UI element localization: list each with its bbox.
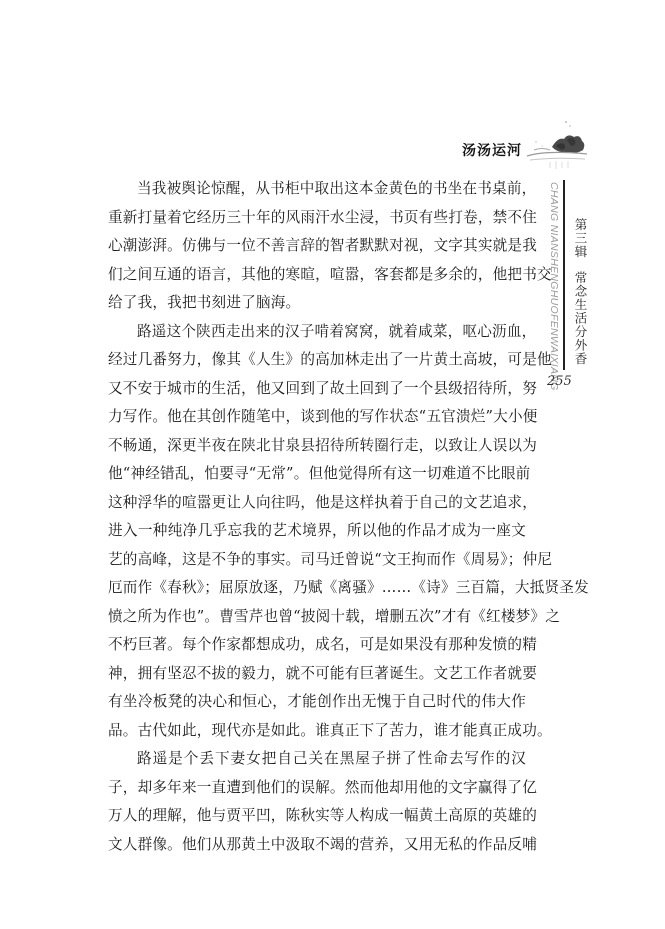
text-line: 重新打量着它经历三十年的风雨汗水尘浸，书页有些打卷，禁不住 (108, 204, 526, 233)
text-line: 们之间互通的语言，其他的寒暄，喧嚣，客套都是多余的，他把书交 (108, 261, 526, 290)
page-number: 255 (547, 374, 572, 389)
text-line: 路遥是个丢下妻女把自己关在黑屋子拼了性命去写作的汉 (108, 745, 526, 774)
text-line: 进入一种纯净几乎忘我的艺术境界，所以他的作品才成为一座文 (108, 517, 526, 546)
text-line: 品。古代如此，现代亦是如此。谁真正下了苦力，谁才能真正成功。 (108, 717, 526, 746)
section-pinyin-label: CHANG NIANSHENGHUOFENWAIXIANG (546, 182, 560, 372)
text-line: 这种浮华的喧嚣更让人向往吗，他是这样执着于自己的文艺追求， (108, 489, 526, 518)
text-line: 厄而作《春秋》；屈原放逐，乃赋《离骚》……《诗》三百篇，大抵贤圣发 (108, 574, 526, 603)
text-line: 力写作。他在其创作随笔中，谈到他的写作状态“五官溃烂”大小便 (108, 403, 526, 432)
text-line: 子，却多年来一直遭到他们的误解。然而他却用他的文字赢得了亿 (108, 774, 526, 803)
text-line: 有坐冷板凳的决心和恒心，才能创作出无愧于自己时代的伟大作 (108, 688, 526, 717)
text-line: 文人群像。他们从那黄土中汲取不竭的营养，又用无私的作品反哺 (108, 831, 526, 860)
chapter-heading: 第三辑常念生活分外香 (571, 218, 589, 365)
text-line: 当我被舆论惊醒，从书柜中取出这本金黄色的书坐在书桌前， (108, 175, 526, 204)
running-header-title: 汤汤运河 (462, 140, 522, 160)
text-line: 万人的理解，他与贾平凹，陈秋实等人构成一幅黄土高原的英雄的 (108, 802, 526, 831)
chapter-label: 第三辑 (571, 218, 589, 259)
side-divider-rule (563, 180, 565, 370)
article-body: 当我被舆论惊醒，从书柜中取出这本金黄色的书坐在书桌前， 重新打量着它经历三十年的… (108, 175, 526, 859)
text-line: 神，拥有坚忍不拔的毅力，就不可能有巨著诞生。文艺工作者就要 (108, 660, 526, 689)
text-line: 路遥这个陕西走出来的汉子啃着窝窝，就着咸菜，呕心沥血， (108, 318, 526, 347)
text-line: 经过几番努力，像其《人生》的高加林走出了一片黄土高坡，可是他 (108, 346, 526, 375)
text-line: 给了我，我把书刻进了脑海。 (108, 289, 526, 318)
ink-landscape-icon (522, 112, 592, 172)
text-line: 心潮澎湃。仿佛与一位不善言辞的智者默默对视，文字其实就是我 (108, 232, 526, 261)
text-line: 他“神经错乱，怕要寻“无常”。但他觉得所有这一切难道不比眼前 (108, 460, 526, 489)
text-line: 又不安于城市的生活，他又回到了故土回到了一个县级招待所，努 (108, 375, 526, 404)
text-line: 艺的高峰，这是不争的事实。司马迁曾说“文王拘而作《周易》；仲尼 (108, 546, 526, 575)
text-line: 不畅通，深更半夜在陕北甘泉县招待所转圈行走，以致让人误以为 (108, 432, 526, 461)
chapter-title: 常念生活分外香 (571, 271, 589, 366)
text-line: 愤之所为作也”。曹雪芹也曾“披阅十载，增删五次”才有《红楼梦》之 (108, 603, 526, 632)
text-line: 不朽巨著。每个作家都想成功，成名，可是如果没有那种发愤的精 (108, 631, 526, 660)
